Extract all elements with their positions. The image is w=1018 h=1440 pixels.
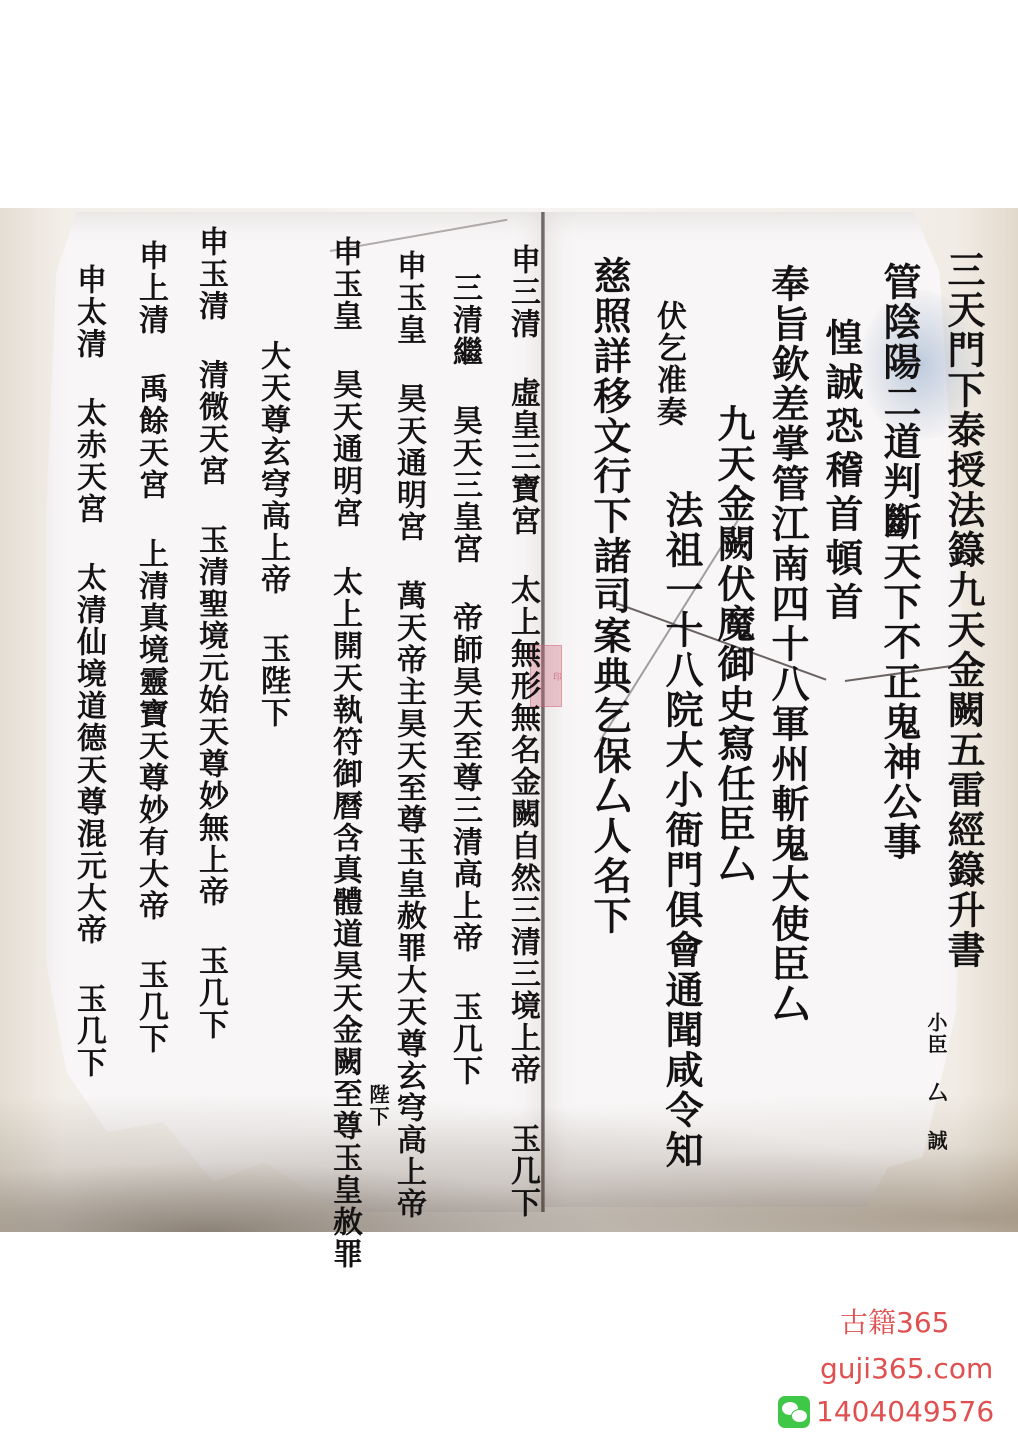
text-column: 法祖一十八院大小衙門俱會通聞咸令知 (654, 490, 709, 1170)
annotation-column: 小臣 厶 誠 (922, 1012, 951, 1152)
text-column: 申玉皇 昊天通明宮 萬天帝主昊天至尊玉皇赦罪大天尊玄穹高上帝 (386, 250, 430, 1220)
text-column: 大天尊玄穹高上帝 玉陛下 (250, 340, 294, 729)
watermark-contact: 1404049576 (770, 1392, 1010, 1432)
text-column: 伏乞准奏 (646, 300, 690, 428)
text-column: 慈照詳移文行下諸司案典乞保厶人名下 (582, 256, 637, 936)
text-column: 申上清 禹餘天宮 上清真境靈寶天尊妙有大帝 玉几下 (128, 240, 172, 1055)
text-column: 申太清 太赤天宮 太清仙境道德天尊混元大帝 玉几下 (66, 264, 110, 1079)
text-column: 惶誠恐稽首頓首 (814, 318, 869, 626)
text-column: 奉旨欽差掌管江南四十八軍州斬鬼大使臣厶 (760, 264, 815, 1024)
annotation-column: 陛下 (364, 1084, 393, 1128)
text-column: 九天金闕伏魔御史寫任臣厶 (706, 404, 761, 884)
text-column: 三清繼 昊天三皇宮 帝師昊天至尊三清高上帝 玉几下 (442, 272, 486, 1087)
text-column: 管陰陽二道判斷天下不正鬼神公事 (872, 262, 927, 862)
wechat-icon (778, 1396, 810, 1428)
text-column: 申玉皇 昊天通明宮 太上開天執符御曆含真體道昊天金闕至尊玉皇赦罪 (322, 236, 366, 1270)
watermark-phone: 1404049576 (816, 1392, 994, 1432)
watermark-url[interactable]: guji365.com (770, 1346, 1010, 1392)
text-column: 申玉清 清微天宮 玉清聖境元始天尊妙無上帝 玉几下 (188, 226, 232, 1041)
text-column: 申三清 虛皇三寶宮 太上無形無名金闕自然三清三境上帝 玉几下 (500, 244, 544, 1219)
watermark-title: 古籍365 (770, 1300, 1010, 1346)
text-column: 三天門下泰授法籙九天金闕五雷經籙升書 (936, 250, 991, 970)
watermark: 古籍365 guji365.com 1404049576 (770, 1300, 1010, 1432)
